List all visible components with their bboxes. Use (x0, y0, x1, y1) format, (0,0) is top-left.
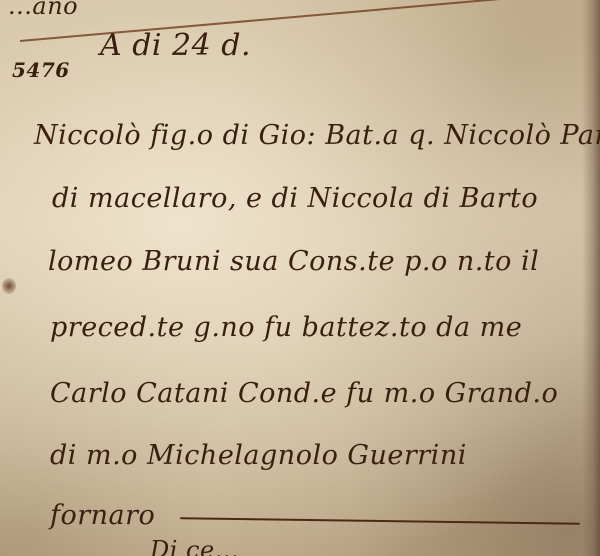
entry-line-1: Niccolò fig.o di Gio: Bat.a q. Niccolò P… (34, 120, 600, 151)
entry-line-3: lomeo Bruni sua Cons.te p.o n.to il (48, 246, 539, 277)
header-fragment: ...ano (8, 0, 78, 20)
entry-line-2: di macellaro, e di Niccola di Barto (52, 183, 538, 214)
ink-stain (2, 278, 16, 294)
entry-line-7: fornaro (50, 500, 155, 531)
footer-fragment: Di ce... (150, 536, 239, 556)
entry-line-4: preced.te g.no fu battez.to da me (50, 312, 522, 343)
page-edge-shadow (582, 0, 600, 556)
end-of-entry-rule (180, 517, 580, 525)
entry-line-6: di m.o Michelagnolo Guerrini (50, 440, 467, 471)
margin-number: 5476 (12, 58, 70, 82)
parchment-page: ...ano 5476 A di 24 d. Niccolò fig.o di … (0, 0, 600, 556)
date-line: A di 24 d. (100, 28, 251, 63)
entry-line-5: Carlo Catani Cond.e fu m.o Grand.o (50, 378, 558, 409)
